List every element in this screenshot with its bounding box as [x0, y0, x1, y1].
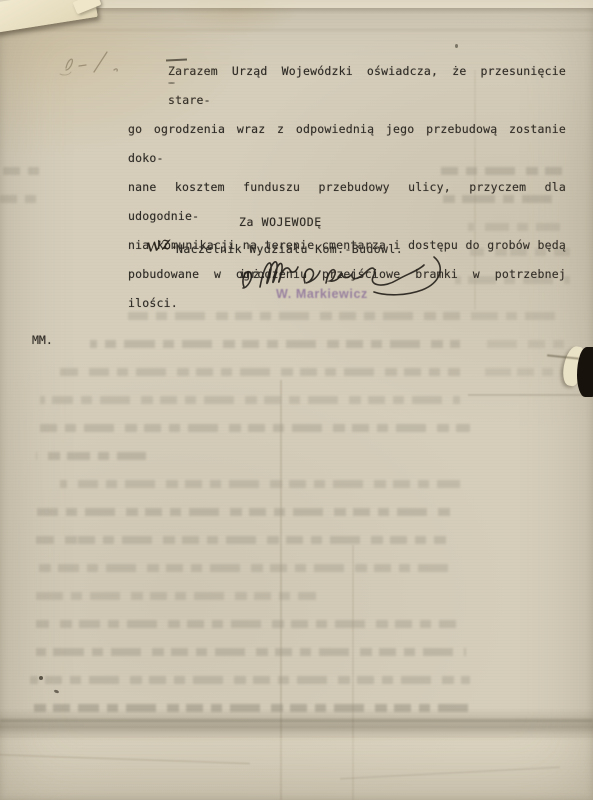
bleedthrough-row — [480, 340, 565, 348]
ink-speck — [455, 44, 458, 48]
bleedthrough-row — [36, 648, 466, 656]
fold-line — [0, 719, 593, 722]
horizontal-crease — [468, 394, 593, 396]
bleedthrough-row — [0, 167, 42, 175]
bleedthrough-row — [60, 368, 460, 376]
ink-speck — [39, 676, 43, 680]
body-line: nane kosztem funduszu przebudowy ulicy, … — [128, 173, 566, 231]
handwritten-accent-mark — [168, 82, 175, 84]
bleedthrough-row — [36, 452, 146, 460]
za-wojewode-line: Za WOJEWODĘ — [239, 215, 322, 229]
bleedthrough-row — [60, 480, 460, 488]
scanned-letter-page: Zarazem Urząd Wojewódzki oświadcza, że p… — [0, 0, 593, 800]
body-line: Zarazem Urząd Wojewódzki oświadcza, że p… — [128, 57, 566, 115]
bleedthrough-row — [30, 676, 470, 684]
ink-speck — [54, 689, 60, 694]
bleedthrough-row — [36, 536, 446, 544]
pencil-annotation-mark — [58, 44, 150, 84]
body-line: go ogrodzenia wraz z odpowiednią jego pr… — [128, 115, 566, 173]
bleedthrough-row — [90, 340, 460, 348]
wz-handwritten: wz. — [145, 232, 178, 257]
bleedthrough-row — [36, 564, 456, 572]
bleedthrough-row — [36, 592, 316, 600]
bleedthrough-row — [0, 195, 40, 203]
horizontal-crease — [0, 29, 593, 31]
typist-initials: MM. — [32, 333, 53, 347]
paper-tear-hole — [577, 347, 593, 397]
bleedthrough-row — [36, 508, 456, 516]
handwritten-signature — [238, 247, 453, 302]
bleedthrough-row — [485, 368, 565, 376]
fold-shadow-band — [0, 708, 593, 742]
bleedthrough-row — [40, 424, 470, 432]
bleedthrough-row — [36, 620, 456, 628]
bleedthrough-row — [40, 396, 460, 404]
